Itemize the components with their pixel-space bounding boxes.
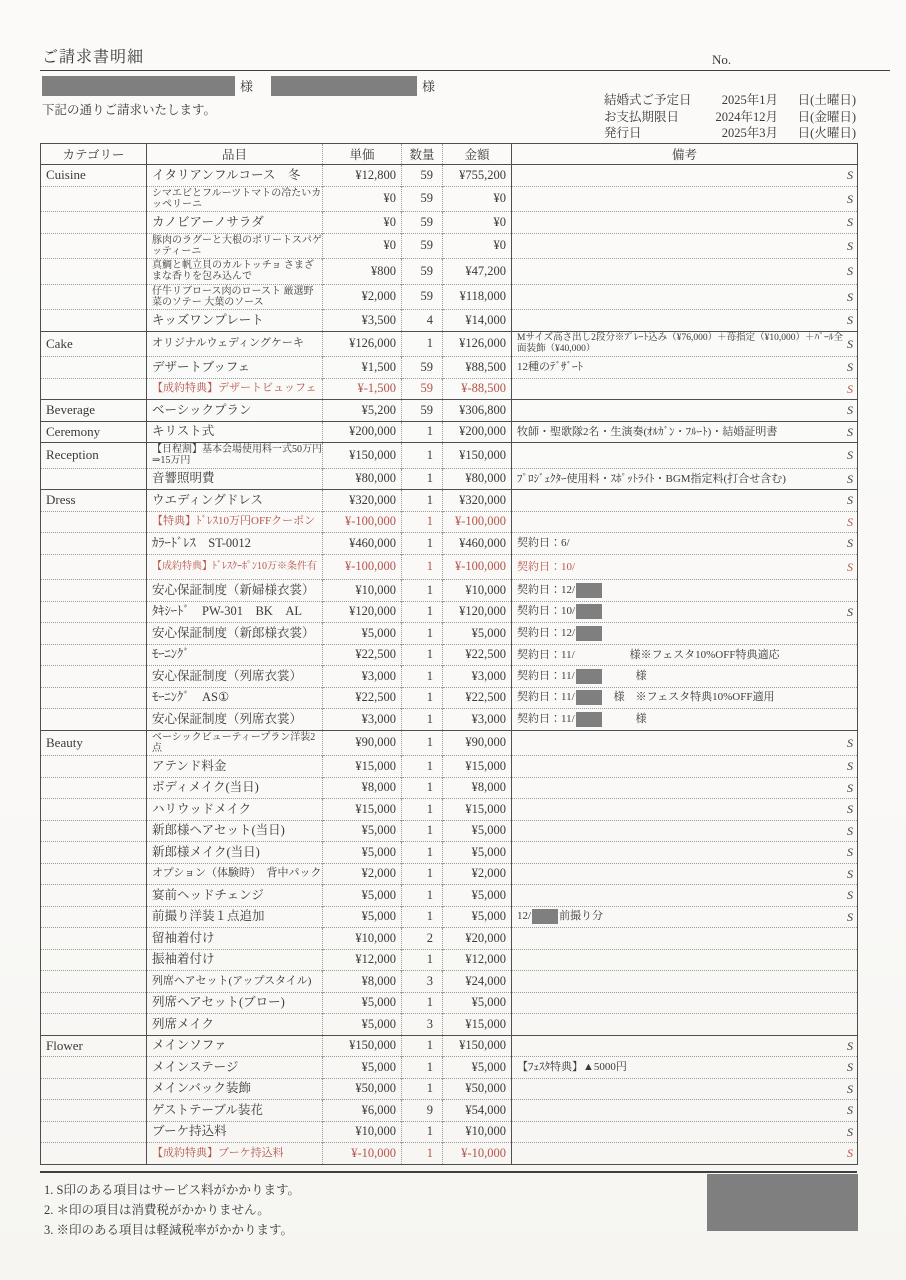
payment-due-row: お支払期限日 2024年12月 日(金曜日) bbox=[604, 109, 856, 126]
cell-remarks: S bbox=[512, 863, 858, 885]
service-charge-mark: S bbox=[843, 846, 853, 858]
table-row: ﾓｰﾆﾝｸﾞ¥22,5001¥22,500契約日：11/ 様※フェスタ10%OF… bbox=[41, 644, 858, 666]
cell-remarks bbox=[512, 1014, 858, 1036]
cell-quantity: 3 bbox=[402, 1014, 443, 1036]
cell-item-name: ハリウッドメイク bbox=[147, 799, 323, 821]
cell-quantity: 1 bbox=[402, 443, 443, 469]
table-row: 列席ヘアセット(アップスタイル)¥8,0003¥24,000 bbox=[41, 971, 858, 993]
cell-quantity: 1 bbox=[402, 1035, 443, 1057]
cell-item-name: ベーシックプラン bbox=[147, 400, 323, 422]
cell-quantity: 1 bbox=[402, 992, 443, 1014]
cell-category: Beauty bbox=[41, 730, 147, 756]
table-row: キッズワンプレート¥3,5004¥14,000S bbox=[41, 310, 858, 332]
cell-unit-price: ¥0 bbox=[323, 212, 402, 234]
cell-item-name: ウエディングドレス bbox=[147, 490, 323, 512]
cell-amount: ¥3,000 bbox=[443, 666, 512, 688]
cell-category bbox=[41, 1078, 147, 1100]
cell-item-name: 新郎様メイク(当日) bbox=[147, 842, 323, 864]
cell-amount: ¥90,000 bbox=[443, 730, 512, 756]
cell-item-name: オリジナルウェディングケーキ bbox=[147, 331, 323, 357]
cell-unit-price: ¥2,000 bbox=[323, 863, 402, 885]
cell-remarks: S bbox=[512, 284, 858, 310]
redacted-text-block bbox=[532, 909, 558, 924]
cell-item-name: 安心保証制度（列席衣裳） bbox=[147, 709, 323, 731]
issue-date-row: 発行日 2025年3月 日(火曜日) bbox=[604, 125, 856, 142]
cell-quantity: 1 bbox=[402, 863, 443, 885]
table-row: Beautyベーシックビューティープラン洋装2点¥90,0001¥90,000S bbox=[41, 730, 858, 756]
cell-item-name: ｶﾗｰﾄﾞﾚｽ ST-0012 bbox=[147, 533, 323, 555]
table-row: 【成約特典】ブーケ持込料¥-10,0001¥-10,000S bbox=[41, 1143, 858, 1165]
cell-unit-price: ¥5,000 bbox=[323, 1014, 402, 1036]
cell-item-name: 宴前ヘッドチェンジ bbox=[147, 885, 323, 907]
cell-item-name: ﾓｰﾆﾝｸﾞ bbox=[147, 644, 323, 666]
cell-quantity: 1 bbox=[402, 799, 443, 821]
cell-remarks: 契約日：11/ 様※フェスタ10%OFF特典適応 bbox=[512, 644, 858, 666]
cell-item-name: 豚肉のラグーと大根のポリートスパゲッティーニ bbox=[147, 233, 323, 259]
table-row: ゲストテーブル装花¥6,0009¥54,000S bbox=[41, 1100, 858, 1122]
cell-item-name: 【成約特典】デザートビュッフェ bbox=[147, 378, 323, 400]
service-charge-mark: S bbox=[843, 1061, 853, 1073]
cell-quantity: 1 bbox=[402, 820, 443, 842]
service-charge-mark: S bbox=[843, 193, 853, 205]
cell-quantity: 1 bbox=[402, 885, 443, 907]
cell-quantity: 1 bbox=[402, 511, 443, 533]
cell-quantity: 1 bbox=[402, 756, 443, 778]
service-charge-mark: S bbox=[843, 404, 853, 416]
cell-category bbox=[41, 357, 147, 379]
table-row: Reception【日程割】基本会場使用料一式50万円⇒15万円¥150,000… bbox=[41, 443, 858, 469]
cell-remarks: 契約日：11/ 様 bbox=[512, 709, 858, 731]
redacted-footer-block bbox=[707, 1174, 858, 1231]
cell-remarks: S bbox=[512, 378, 858, 400]
service-charge-mark: S bbox=[843, 803, 853, 815]
cell-amount: ¥14,000 bbox=[443, 310, 512, 332]
cell-category bbox=[41, 777, 147, 799]
header-divider bbox=[40, 70, 890, 71]
cell-item-name: 列席ヘアセット(ブロー) bbox=[147, 992, 323, 1014]
remark-text: 契約日：12/ bbox=[517, 626, 849, 641]
cell-unit-price: ¥460,000 bbox=[323, 533, 402, 555]
cell-amount: ¥126,000 bbox=[443, 331, 512, 357]
service-charge-mark: S bbox=[843, 911, 853, 923]
table-row: ブーケ持込料¥10,0001¥10,000S bbox=[41, 1121, 858, 1143]
table-row: アテンド料金¥15,0001¥15,000S bbox=[41, 756, 858, 778]
cell-unit-price: ¥8,000 bbox=[323, 971, 402, 993]
cell-quantity: 59 bbox=[402, 400, 443, 422]
cell-remarks: Mサイズ高さ出し2段分※ﾌﾟﾚｰﾄ込み（¥76,000）＋苺指定（¥10,000… bbox=[512, 331, 858, 357]
remark-text: Mサイズ高さ出し2段分※ﾌﾟﾚｰﾄ込み（¥76,000）＋苺指定（¥10,000… bbox=[517, 333, 843, 354]
cell-amount: ¥0 bbox=[443, 233, 512, 259]
cell-unit-price: ¥90,000 bbox=[323, 730, 402, 756]
service-charge-mark: S bbox=[843, 537, 853, 549]
cell-quantity: 3 bbox=[402, 971, 443, 993]
cell-amount: ¥54,000 bbox=[443, 1100, 512, 1122]
cell-unit-price: ¥126,000 bbox=[323, 331, 402, 357]
payment-due-value: 2024年12月 bbox=[712, 109, 778, 126]
remark-text: 契約日：11/ 様 bbox=[517, 669, 849, 684]
cell-amount: ¥88,500 bbox=[443, 357, 512, 379]
cell-quantity: 1 bbox=[402, 490, 443, 512]
cell-item-name: ベーシックビューティープラン洋装2点 bbox=[147, 730, 323, 756]
cell-remarks: 12種のﾃﾞｻﾞｰﾄS bbox=[512, 357, 858, 379]
cell-category bbox=[41, 511, 147, 533]
cell-item-name: 【特典】ﾄﾞﾚｽ10万円OFFクーポン bbox=[147, 511, 323, 533]
wedding-date-value: 2025年1月 bbox=[712, 92, 778, 109]
table-row: 安心保証制度（列席衣裳）¥3,0001¥3,000契約日：11/ 様 bbox=[41, 709, 858, 731]
recipient-names: 様 様 bbox=[42, 75, 453, 96]
cell-remarks: S bbox=[512, 756, 858, 778]
cell-amount: ¥5,000 bbox=[443, 842, 512, 864]
cell-unit-price: ¥22,500 bbox=[323, 687, 402, 709]
table-row: 安心保証制度（列席衣裳）¥3,0001¥3,000契約日：11/ 様 bbox=[41, 666, 858, 688]
invoice-table-wrap: カテゴリー品目単価数量金額備考 Cuisineイタリアンフルコース 冬¥12,8… bbox=[40, 143, 857, 1165]
table-row: ボディメイク(当日)¥8,0001¥8,000S bbox=[41, 777, 858, 799]
cell-unit-price: ¥-10,000 bbox=[323, 1143, 402, 1165]
cell-category bbox=[41, 885, 147, 907]
cell-amount: ¥-10,000 bbox=[443, 1143, 512, 1165]
cell-unit-price: ¥5,000 bbox=[323, 885, 402, 907]
cell-quantity: 59 bbox=[402, 284, 443, 310]
cell-category bbox=[41, 284, 147, 310]
cell-category: Cuisine bbox=[41, 165, 147, 187]
cell-item-name: ボディメイク(当日) bbox=[147, 777, 323, 799]
cell-unit-price: ¥6,000 bbox=[323, 1100, 402, 1122]
cell-category bbox=[41, 259, 147, 285]
remark-text: ﾌﾟﾛｼﾞｪｸﾀｰ使用料・ｽﾎﾟｯﾄﾗｲﾄ・BGM指定料(打合せ含む) bbox=[517, 473, 843, 485]
service-charge-mark: S bbox=[843, 782, 853, 794]
cell-unit-price: ¥5,000 bbox=[323, 820, 402, 842]
cell-quantity: 59 bbox=[402, 212, 443, 234]
cell-amount: ¥15,000 bbox=[443, 799, 512, 821]
cell-remarks: 12/前撮り分S bbox=[512, 906, 858, 928]
service-charge-mark: S bbox=[843, 383, 853, 395]
cell-category bbox=[41, 310, 147, 332]
remark-text: 牧師・聖歌隊2名・生演奏(ｵﾙｶﾞﾝ・ﾌﾙｰﾄ)・結婚証明書 bbox=[517, 426, 843, 438]
cell-remarks: 契約日：11/ 様 bbox=[512, 666, 858, 688]
cell-amount: ¥12,000 bbox=[443, 949, 512, 971]
cell-quantity: 1 bbox=[402, 331, 443, 357]
cell-unit-price: ¥5,200 bbox=[323, 400, 402, 422]
cell-quantity: 1 bbox=[402, 777, 443, 799]
cell-remarks: S bbox=[512, 400, 858, 422]
cell-item-name: ﾓｰﾆﾝｸﾞ AS① bbox=[147, 687, 323, 709]
service-charge-mark: S bbox=[843, 1147, 853, 1159]
cell-category: Beverage bbox=[41, 400, 147, 422]
service-charge-mark: S bbox=[843, 1104, 853, 1116]
cell-amount: ¥15,000 bbox=[443, 756, 512, 778]
cell-category bbox=[41, 666, 147, 688]
cell-quantity: 9 bbox=[402, 1100, 443, 1122]
cell-amount: ¥460,000 bbox=[443, 533, 512, 555]
cell-item-name: 安心保証制度（新婦様衣裳） bbox=[147, 580, 323, 602]
service-charge-mark: S bbox=[843, 339, 853, 350]
cell-category bbox=[41, 1014, 147, 1036]
service-charge-mark: S bbox=[843, 889, 853, 901]
cell-category bbox=[41, 863, 147, 885]
table-header-row: カテゴリー品目単価数量金額備考 bbox=[41, 144, 858, 165]
cell-item-name: ゲストテーブル装花 bbox=[147, 1100, 323, 1122]
cell-quantity: 1 bbox=[402, 1121, 443, 1143]
cell-category bbox=[41, 580, 147, 602]
remark-text: 契約日：12/ bbox=[517, 583, 849, 598]
cell-remarks: 契約日：10/S bbox=[512, 554, 858, 580]
service-charge-mark: S bbox=[843, 1040, 853, 1052]
cell-quantity: 1 bbox=[402, 949, 443, 971]
cell-quantity: 1 bbox=[402, 601, 443, 623]
cell-amount: ¥24,000 bbox=[443, 971, 512, 993]
table-row: ﾀｷｼｰﾄﾞ PW-301 BK AL¥120,0001¥120,000契約日：… bbox=[41, 601, 858, 623]
cell-remarks: 契約日：12/ bbox=[512, 623, 858, 645]
table-row: 音響照明費¥80,0001¥80,000ﾌﾟﾛｼﾞｪｸﾀｰ使用料・ｽﾎﾟｯﾄﾗｲ… bbox=[41, 468, 858, 490]
table-row: メインバック装飾¥50,0001¥50,000S bbox=[41, 1078, 858, 1100]
cell-item-name: 安心保証制度（列席衣裳） bbox=[147, 666, 323, 688]
cell-remarks: S bbox=[512, 233, 858, 259]
cell-item-name: メインステージ bbox=[147, 1057, 323, 1079]
cell-remarks: S bbox=[512, 310, 858, 332]
cell-quantity: 59 bbox=[402, 259, 443, 285]
cell-item-name: 列席メイク bbox=[147, 1014, 323, 1036]
cell-category: Reception bbox=[41, 443, 147, 469]
cell-amount: ¥150,000 bbox=[443, 443, 512, 469]
cell-category bbox=[41, 233, 147, 259]
cell-quantity: 1 bbox=[402, 421, 443, 443]
cell-category bbox=[41, 992, 147, 1014]
cell-quantity: 1 bbox=[402, 666, 443, 688]
service-charge-mark: S bbox=[843, 240, 853, 252]
cell-quantity: 1 bbox=[402, 623, 443, 645]
footer-note: 3. ※印のある項目は軽減税率がかかります。 bbox=[44, 1220, 300, 1240]
cell-quantity: 1 bbox=[402, 533, 443, 555]
cell-amount: ¥8,000 bbox=[443, 777, 512, 799]
issue-date-value: 2025年3月 bbox=[712, 125, 778, 142]
cell-amount: ¥2,000 bbox=[443, 863, 512, 885]
invoice-table-body: Cuisineイタリアンフルコース 冬¥12,80059¥755,200Sシマエ… bbox=[41, 165, 858, 1165]
cell-unit-price: ¥10,000 bbox=[323, 580, 402, 602]
cell-unit-price: ¥320,000 bbox=[323, 490, 402, 512]
cell-unit-price: ¥5,000 bbox=[323, 992, 402, 1014]
cell-amount: ¥50,000 bbox=[443, 1078, 512, 1100]
cell-category bbox=[41, 533, 147, 555]
cell-unit-price: ¥12,800 bbox=[323, 165, 402, 187]
cell-quantity: 1 bbox=[402, 709, 443, 731]
cell-quantity: 1 bbox=[402, 1143, 443, 1165]
cell-item-name: 仔牛リブロース肉のロースト 厳選野菜のソテー 大葉のソース bbox=[147, 284, 323, 310]
cell-unit-price: ¥80,000 bbox=[323, 468, 402, 490]
wedding-date-label: 結婚式ご予定日 bbox=[604, 92, 712, 109]
cell-remarks: S bbox=[512, 212, 858, 234]
cell-category bbox=[41, 820, 147, 842]
cell-category bbox=[41, 212, 147, 234]
cell-remarks: S bbox=[512, 730, 858, 756]
cell-category bbox=[41, 601, 147, 623]
cell-remarks: S bbox=[512, 259, 858, 285]
service-charge-mark: S bbox=[843, 825, 853, 837]
cell-amount: ¥22,500 bbox=[443, 687, 512, 709]
table-row: Cuisineイタリアンフルコース 冬¥12,80059¥755,200S bbox=[41, 165, 858, 187]
cell-category: Cake bbox=[41, 331, 147, 357]
table-row: オプション（体験時） 背中パック¥2,0001¥2,000S bbox=[41, 863, 858, 885]
cell-quantity: 1 bbox=[402, 1057, 443, 1079]
cell-quantity: 1 bbox=[402, 730, 443, 756]
cell-category bbox=[41, 799, 147, 821]
table-row: ｶﾗｰﾄﾞﾚｽ ST-0012¥460,0001¥460,000契約日：6/S bbox=[41, 533, 858, 555]
cell-unit-price: ¥2,000 bbox=[323, 284, 402, 310]
cell-amount: ¥22,500 bbox=[443, 644, 512, 666]
footer-note: 1. S印のある項目はサービス料がかかります。 bbox=[44, 1180, 300, 1200]
table-row: カノビアーノサラダ¥059¥0S bbox=[41, 212, 858, 234]
cell-amount: ¥10,000 bbox=[443, 580, 512, 602]
cell-unit-price: ¥10,000 bbox=[323, 928, 402, 950]
column-header: 単価 bbox=[323, 144, 402, 165]
cell-category bbox=[41, 623, 147, 645]
payment-due-label: お支払期限日 bbox=[604, 109, 712, 126]
cell-quantity: 1 bbox=[402, 468, 443, 490]
service-charge-mark: S bbox=[843, 473, 853, 485]
table-row: 宴前ヘッドチェンジ¥5,0001¥5,000S bbox=[41, 885, 858, 907]
honorific-label: 様 bbox=[240, 76, 253, 95]
invoice-page: ご請求書明細 No. 様 様 下記の通りご請求いたします。 結婚式ご予定日 20… bbox=[0, 0, 906, 1280]
cell-unit-price: ¥12,000 bbox=[323, 949, 402, 971]
cell-amount: ¥15,000 bbox=[443, 1014, 512, 1036]
cell-quantity: 59 bbox=[402, 165, 443, 187]
cell-item-name: 【成約特典】ブーケ持込料 bbox=[147, 1143, 323, 1165]
cell-item-name: 真鯛と帆立貝のカルトッチョ さまざまな香りを包み込んで bbox=[147, 259, 323, 285]
cell-category bbox=[41, 1143, 147, 1165]
service-charge-mark: S bbox=[843, 426, 853, 438]
table-row: 安心保証制度（新婦様衣裳）¥10,0001¥10,000契約日：12/ bbox=[41, 580, 858, 602]
cell-remarks: S bbox=[512, 165, 858, 187]
cell-remarks: S bbox=[512, 1035, 858, 1057]
cell-category bbox=[41, 687, 147, 709]
wedding-date-day: 日(土曜日) bbox=[778, 92, 856, 109]
cell-item-name: イタリアンフルコース 冬 bbox=[147, 165, 323, 187]
cell-remarks: S bbox=[512, 1121, 858, 1143]
table-row: ハリウッドメイク¥15,0001¥15,000S bbox=[41, 799, 858, 821]
cell-amount: ¥47,200 bbox=[443, 259, 512, 285]
cell-remarks: S bbox=[512, 799, 858, 821]
cell-quantity: 59 bbox=[402, 378, 443, 400]
cell-item-name: メインバック装飾 bbox=[147, 1078, 323, 1100]
cell-amount: ¥3,000 bbox=[443, 709, 512, 731]
cell-amount: ¥-100,000 bbox=[443, 511, 512, 533]
cell-unit-price: ¥200,000 bbox=[323, 421, 402, 443]
cell-amount: ¥5,000 bbox=[443, 820, 512, 842]
cell-category bbox=[41, 906, 147, 928]
cell-amount: ¥-100,000 bbox=[443, 554, 512, 580]
cell-unit-price: ¥-1,500 bbox=[323, 378, 402, 400]
cell-unit-price: ¥5,000 bbox=[323, 623, 402, 645]
redacted-text-block bbox=[576, 712, 602, 727]
table-row: Ceremonyキリスト式¥200,0001¥200,000牧師・聖歌隊2名・生… bbox=[41, 421, 858, 443]
cell-item-name: 新郎様ヘアセット(当日) bbox=[147, 820, 323, 842]
table-row: 留袖着付け¥10,0002¥20,000 bbox=[41, 928, 858, 950]
cell-amount: ¥20,000 bbox=[443, 928, 512, 950]
cell-category bbox=[41, 644, 147, 666]
table-row: メインステージ¥5,0001¥5,000【ﾌｪｽﾀ特典】▲5000円S bbox=[41, 1057, 858, 1079]
service-charge-mark: S bbox=[843, 494, 853, 506]
cell-item-name: シマエビとフルーツトマトの冷たいカッペリーニ bbox=[147, 186, 323, 212]
cell-item-name: キッズワンプレート bbox=[147, 310, 323, 332]
cell-category bbox=[41, 1121, 147, 1143]
table-row: シマエビとフルーツトマトの冷たいカッペリーニ¥059¥0S bbox=[41, 186, 858, 212]
cell-unit-price: ¥5,000 bbox=[323, 842, 402, 864]
cell-remarks: S bbox=[512, 777, 858, 799]
cell-unit-price: ¥3,500 bbox=[323, 310, 402, 332]
redacted-name-block bbox=[42, 76, 235, 96]
column-header: 備考 bbox=[512, 144, 858, 165]
table-row: Flowerメインソファ¥150,0001¥150,000S bbox=[41, 1035, 858, 1057]
table-row: 新郎様ヘアセット(当日)¥5,0001¥5,000S bbox=[41, 820, 858, 842]
cell-category: Flower bbox=[41, 1035, 147, 1057]
issue-date-day: 日(火曜日) bbox=[778, 125, 856, 142]
cell-category bbox=[41, 554, 147, 580]
table-row: 安心保証制度（新郎様衣裳）¥5,0001¥5,000契約日：12/ bbox=[41, 623, 858, 645]
cell-category: Dress bbox=[41, 490, 147, 512]
cell-unit-price: ¥5,000 bbox=[323, 1057, 402, 1079]
cell-remarks: 牧師・聖歌隊2名・生演奏(ｵﾙｶﾞﾝ・ﾌﾙｰﾄ)・結婚証明書S bbox=[512, 421, 858, 443]
cell-unit-price: ¥3,000 bbox=[323, 666, 402, 688]
cell-remarks bbox=[512, 992, 858, 1014]
cell-amount: ¥0 bbox=[443, 212, 512, 234]
cell-amount: ¥10,000 bbox=[443, 1121, 512, 1143]
cell-item-name: 前撮り洋装１点追加 bbox=[147, 906, 323, 928]
cell-item-name: デザートブッフェ bbox=[147, 357, 323, 379]
cell-item-name: 【日程割】基本会場使用料一式50万円⇒15万円 bbox=[147, 443, 323, 469]
table-row: Dressウエディングドレス¥320,0001¥320,000S bbox=[41, 490, 858, 512]
redacted-text-block bbox=[576, 626, 602, 641]
cell-category bbox=[41, 709, 147, 731]
cell-remarks: 契約日：10/S bbox=[512, 601, 858, 623]
cell-unit-price: ¥-100,000 bbox=[323, 554, 402, 580]
cell-unit-price: ¥0 bbox=[323, 233, 402, 259]
cell-remarks: S bbox=[512, 1100, 858, 1122]
cell-item-name: 留袖着付け bbox=[147, 928, 323, 950]
table-row: 真鯛と帆立貝のカルトッチョ さまざまな香りを包み込んで¥80059¥47,200… bbox=[41, 259, 858, 285]
cell-unit-price: ¥8,000 bbox=[323, 777, 402, 799]
cell-category bbox=[41, 1057, 147, 1079]
service-charge-mark: S bbox=[843, 216, 853, 228]
wedding-date-row: 結婚式ご予定日 2025年1月 日(土曜日) bbox=[604, 92, 856, 109]
cell-item-name: 音響照明費 bbox=[147, 468, 323, 490]
remark-text: 契約日：6/ bbox=[517, 537, 843, 549]
cell-quantity: 2 bbox=[402, 928, 443, 950]
cell-quantity: 1 bbox=[402, 842, 443, 864]
service-charge-mark: S bbox=[843, 1083, 853, 1095]
cell-quantity: 1 bbox=[402, 554, 443, 580]
cell-unit-price: ¥15,000 bbox=[323, 799, 402, 821]
remark-text: 【ﾌｪｽﾀ特典】▲5000円 bbox=[517, 1061, 843, 1073]
cell-amount: ¥320,000 bbox=[443, 490, 512, 512]
redacted-name-block bbox=[271, 76, 417, 96]
table-row: 振袖着付け¥12,0001¥12,000 bbox=[41, 949, 858, 971]
cell-remarks: S bbox=[512, 842, 858, 864]
table-row: 【成約特典】ﾄﾞﾚｽｸｰﾎﾟﾝ10万※条件有¥-100,0001¥-100,00… bbox=[41, 554, 858, 580]
column-header: カテゴリー bbox=[41, 144, 147, 165]
cell-amount: ¥118,000 bbox=[443, 284, 512, 310]
cell-unit-price: ¥50,000 bbox=[323, 1078, 402, 1100]
cell-remarks: 契約日：11/ 様 ※フェスタ特典10%OFF適用 bbox=[512, 687, 858, 709]
cell-category bbox=[41, 756, 147, 778]
cell-item-name: 振袖着付け bbox=[147, 949, 323, 971]
cell-item-name: アテンド料金 bbox=[147, 756, 323, 778]
table-row: Beverageベーシックプラン¥5,20059¥306,800S bbox=[41, 400, 858, 422]
service-charge-mark: S bbox=[843, 265, 853, 277]
cell-unit-price: ¥150,000 bbox=[323, 1035, 402, 1057]
cell-amount: ¥5,000 bbox=[443, 623, 512, 645]
service-charge-mark: S bbox=[843, 1126, 853, 1138]
page-title: ご請求書明細 bbox=[42, 44, 144, 67]
cell-quantity: 59 bbox=[402, 186, 443, 212]
